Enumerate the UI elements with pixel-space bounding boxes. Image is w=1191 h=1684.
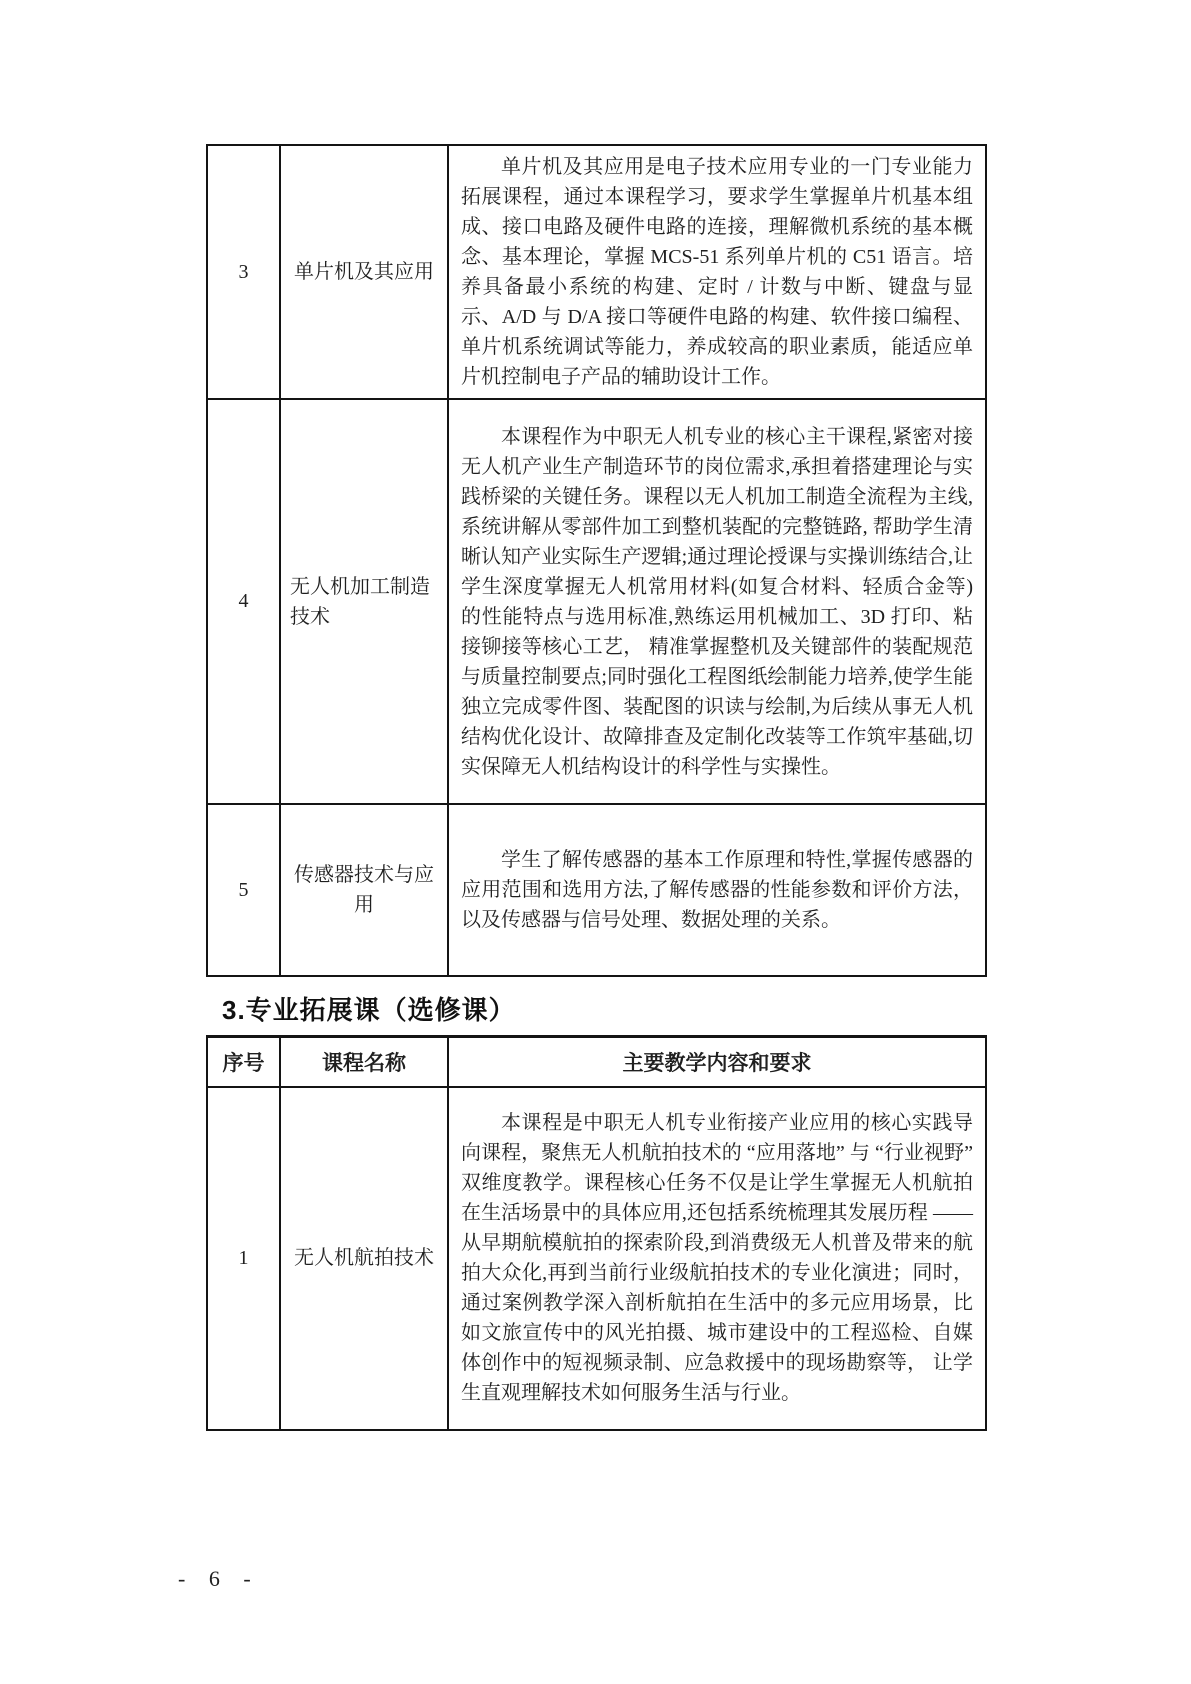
section-heading: 3.专业拓展课（选修课） — [222, 990, 516, 1027]
row-number: 4 — [207, 399, 280, 804]
course-description: 本课程作为中职无人机专业的核心主干课程,紧密对接无人机产业生产制造环节的岗位需求… — [461, 422, 973, 782]
header-course-name: 课程名称 — [280, 1037, 448, 1087]
table-row: 4 无人机加工制造技术 本课程作为中职无人机专业的核心主干课程,紧密对接无人机产… — [207, 399, 986, 804]
course-description-cell: 单片机及其应用是电子技术应用专业的一门专业能力拓展课程，通过本课程学习，要求学生… — [448, 145, 986, 399]
header-number: 序号 — [207, 1037, 280, 1087]
table-row: 3 单片机及其应用 单片机及其应用是电子技术应用专业的一门专业能力拓展课程，通过… — [207, 145, 986, 399]
row-number: 3 — [207, 145, 280, 399]
table-row: 1 无人机航拍技术 本课程是中职无人机专业衔接产业应用的核心实践导向课程，聚焦无… — [207, 1087, 986, 1430]
course-description: 学生了解传感器的基本工作原理和特性,掌握传感器的应用范围和选用方法,了解传感器的… — [461, 845, 973, 935]
course-name: 无人机加工制造技术 — [280, 399, 448, 804]
course-name: 传感器技术与应用 — [280, 804, 448, 976]
row-number: 5 — [207, 804, 280, 976]
course-description-cell: 本课程作为中职无人机专业的核心主干课程,紧密对接无人机产业生产制造环节的岗位需求… — [448, 399, 986, 804]
course-description-cell: 本课程是中职无人机专业衔接产业应用的核心实践导向课程，聚焦无人机航拍技术的 “应… — [448, 1087, 986, 1430]
course-description-cell: 学生了解传感器的基本工作原理和特性,掌握传感器的应用范围和选用方法,了解传感器的… — [448, 804, 986, 976]
header-content-requirements: 主要教学内容和要求 — [448, 1037, 986, 1087]
page-number: - 6 - — [178, 1566, 260, 1592]
course-name: 单片机及其应用 — [280, 145, 448, 399]
elective-courses-table: 序号 课程名称 主要教学内容和要求 1 无人机航拍技术 本课程是中职无人机专业衔… — [206, 1035, 987, 1431]
core-courses-table: 3 单片机及其应用 单片机及其应用是电子技术应用专业的一门专业能力拓展课程，通过… — [206, 144, 987, 977]
document-page: 3 单片机及其应用 单片机及其应用是电子技术应用专业的一门专业能力拓展课程，通过… — [0, 0, 1191, 1684]
table-row: 5 传感器技术与应用 学生了解传感器的基本工作原理和特性,掌握传感器的应用范围和… — [207, 804, 986, 976]
row-number: 1 — [207, 1087, 280, 1430]
course-name: 无人机航拍技术 — [280, 1087, 448, 1430]
course-description: 单片机及其应用是电子技术应用专业的一门专业能力拓展课程，通过本课程学习，要求学生… — [461, 152, 973, 392]
course-description: 本课程是中职无人机专业衔接产业应用的核心实践导向课程，聚焦无人机航拍技术的 “应… — [461, 1108, 973, 1408]
table-header-row: 序号 课程名称 主要教学内容和要求 — [207, 1037, 986, 1087]
